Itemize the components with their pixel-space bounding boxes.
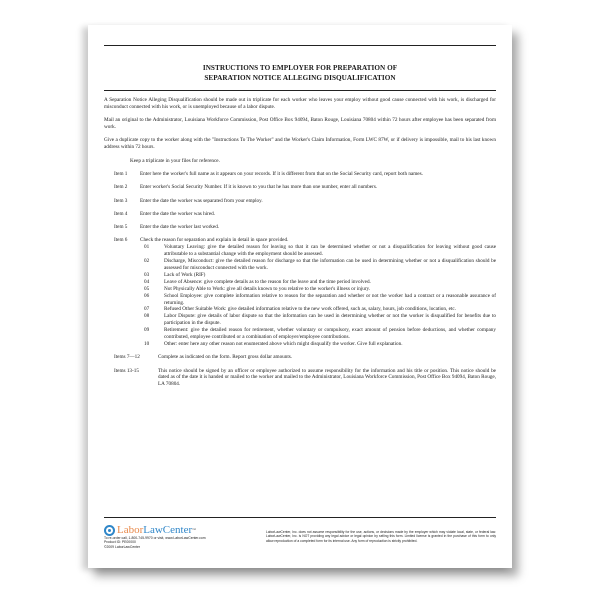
reason-text: Labor Dispute: give details of labor dis…	[164, 313, 496, 327]
instruction-item: Item 1Enter here the worker's full name …	[104, 171, 496, 178]
intro-paragraph: A Separation Notice Alleging Disqualific…	[104, 97, 496, 111]
item-label: Item 6	[104, 237, 140, 348]
instruction-item: Item 4Enter the date the worker was hire…	[104, 211, 496, 218]
document-page: INSTRUCTIONS TO EMPLOYER FOR PREPARATION…	[88, 25, 512, 568]
reason-code: 02	[140, 258, 164, 272]
reason-code: 03	[140, 272, 164, 279]
reason-text: Lack of Work (RIF)	[164, 272, 496, 279]
footer-row: LaborLawCenter™ To re-order call, 1-800-…	[104, 524, 496, 549]
reason-text: Retirement: give the detailed reason for…	[164, 327, 496, 341]
logo-text-lawcenter: LawCenter	[143, 524, 192, 536]
intro-paragraph: Mail an original to the Administrator, L…	[104, 117, 496, 131]
reason-code: 08	[140, 313, 164, 327]
reason-item: 03Lack of Work (RIF)	[140, 272, 496, 279]
reason-code: 09	[140, 327, 164, 341]
reason-text: Discharge, Misconduct: give the detailed…	[164, 258, 496, 272]
reason-list: 01Voluntary Leaving: give the detailed r…	[140, 244, 496, 348]
reason-code: 06	[140, 293, 164, 307]
item-label: Items 7—12	[104, 354, 158, 361]
item-text: This notice should be signed by an offic…	[158, 368, 496, 389]
reason-code: 04	[140, 279, 164, 286]
item-label: Item 5	[104, 224, 140, 231]
instruction-item: Item 5Enter the date the worker last wor…	[104, 224, 496, 231]
instruction-item: Item 2Enter worker's Social Security Num…	[104, 184, 496, 191]
intro-paragraph: Give a duplicate copy to the worker alon…	[104, 137, 496, 151]
title-line-2: SEPARATION NOTICE ALLEGING DISQUALIFICAT…	[88, 74, 512, 84]
keep-note: Keep a triplicate in your files for refe…	[104, 158, 496, 165]
instruction-item: Items 7—12Complete as indicated on the f…	[104, 354, 496, 361]
reason-item: 06School Employee: give complete informa…	[140, 293, 496, 307]
reason-text: Not Physically Able to Work: give all de…	[164, 286, 496, 293]
item-text: Enter here the worker's full name as it …	[140, 171, 496, 178]
item-text: Enter the date the worker was separated …	[140, 198, 496, 205]
laborlawcenter-logo: LaborLawCenter™	[104, 524, 206, 536]
legal-disclaimer: LaborLawCenter, Inc. does not assume res…	[266, 524, 496, 549]
item-label: Item 1	[104, 171, 140, 178]
item-label: Item 3	[104, 198, 140, 205]
reason-code: 05	[140, 286, 164, 293]
reason-item: 10Other: enter here any other reason not…	[140, 341, 496, 348]
item-text: Enter worker's Social Security Number. I…	[140, 184, 496, 191]
title-rule	[104, 90, 496, 91]
item-6-content: Check the reason for separation and expl…	[140, 237, 496, 348]
reason-item: 09Retirement: give the detailed reason f…	[140, 327, 496, 341]
reason-code: 10	[140, 341, 164, 348]
reason-code: 01	[140, 244, 164, 258]
instruction-item: Item 6 Check the reason for separation a…	[104, 237, 496, 348]
reason-code: 07	[140, 306, 164, 313]
trademark-symbol: ™	[192, 524, 196, 536]
reason-item: 08Labor Dispute: give details of labor d…	[140, 313, 496, 327]
logo-text-labor: Labor	[117, 524, 143, 536]
logo-circle-icon	[104, 525, 115, 536]
reason-item: 04Leave of Absence: give complete detail…	[140, 279, 496, 286]
reason-text: School Employee: give complete informati…	[164, 293, 496, 307]
copyright: ©2009 LaborLawCenter	[104, 545, 206, 549]
reason-item: 01Voluntary Leaving: give the detailed r…	[140, 244, 496, 258]
instruction-item: Item 3Enter the date the worker was sepa…	[104, 198, 496, 205]
footer-branding: LaborLawCenter™ To re-order call, 1-800-…	[104, 524, 206, 549]
footer-rule	[104, 517, 496, 518]
reason-text: Voluntary Leaving: give the detailed rea…	[164, 244, 496, 258]
item-label: Item 2	[104, 184, 140, 191]
footer: LaborLawCenter™ To re-order call, 1-800-…	[104, 517, 496, 549]
item-text: Enter the date the worker was hired.	[140, 211, 496, 218]
reason-item: 02Discharge, Misconduct: give the detail…	[140, 258, 496, 272]
document-body: A Separation Notice Alleging Disqualific…	[104, 97, 496, 395]
item-text: Complete as indicated on the form. Repor…	[158, 354, 496, 361]
reason-item: 05Not Physically Able to Work: give all …	[140, 286, 496, 293]
item-text: Enter the date the worker last worked.	[140, 224, 496, 231]
top-rule	[104, 45, 496, 46]
reason-text: Leave of Absence: give complete details …	[164, 279, 496, 286]
item-label: Item 4	[104, 211, 140, 218]
instruction-item: Items 13-15This notice should be signed …	[104, 368, 496, 389]
document-title: INSTRUCTIONS TO EMPLOYER FOR PREPARATION…	[88, 64, 512, 83]
item-label: Items 13-15	[104, 368, 158, 389]
reason-text: Other: enter here any other reason not e…	[164, 341, 496, 348]
title-line-1: INSTRUCTIONS TO EMPLOYER FOR PREPARATION…	[88, 64, 512, 74]
